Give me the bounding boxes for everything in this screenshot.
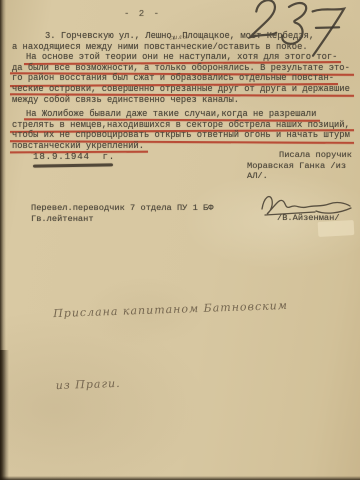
translator-line2: Гв.лейтенант [31, 214, 213, 225]
handwritten-note: Прислана капитаном Батновским из Праги. [51, 246, 292, 422]
paragraph3-line3: чтобы их не спровоцировать открыть ответ… [12, 130, 350, 141]
paragraph2-line5: между собой связь единственно через кана… [12, 95, 239, 105]
document-date: 18.9.1944 г. [33, 151, 115, 162]
paragraph1-line2: а находящиеся между ними повстанческие/о… [12, 42, 354, 53]
handwritten-inserted-word: силы [169, 33, 189, 42]
paragraph2-line4: ческие островки, совершенно отрезанные д… [12, 84, 350, 95]
paragraph3-line4: повстанческий укреплений. [12, 141, 144, 152]
paragraph2-line3: го район восстания был сжат и образовали… [12, 73, 334, 84]
document-body: 3. Горчевскую ул., Лешно, Площацкое, мос… [12, 31, 354, 152]
author-line1: Писала поручик [247, 150, 352, 161]
paragraph3-line1: На Жолибоже бывали даже такие случаи,ког… [26, 109, 316, 120]
note-line1: Прислана капитаном Батновским [53, 294, 288, 326]
author-line3: АЛ/. [247, 171, 352, 182]
author-line2: Моравская Ганка /из [247, 161, 352, 172]
translator-line1: Перевел.переводчик 7 отдела ПУ 1 БФ [31, 203, 213, 214]
paragraph3-line2: стрелять в немцев,находившихся в секторе… [12, 120, 350, 131]
paragraph2-line2: да были все возможности, а только оборон… [12, 63, 350, 74]
note-line2: из Праги. [55, 366, 290, 398]
page-number: - 2 - [124, 9, 161, 19]
author-block: Писала поручик Моравская Ганка /из АЛ/. [247, 150, 352, 182]
translator-name: /В.Айзенман/ [277, 213, 340, 223]
scan-edge-left-bottom [0, 350, 11, 480]
paragraph2-line1: На основе этой теории они не наступали, … [26, 52, 337, 63]
paragraph2: На основе этой теории они не наступали, … [12, 52, 354, 105]
paragraph3: На Жолибоже бывали даже такие случаи,ког… [12, 109, 354, 151]
date-underline-stroke [33, 163, 113, 168]
translator-block: Перевел.переводчик 7 отдела ПУ 1 БФ Гв.л… [31, 203, 213, 224]
scan-edge-bottom [0, 476, 360, 480]
